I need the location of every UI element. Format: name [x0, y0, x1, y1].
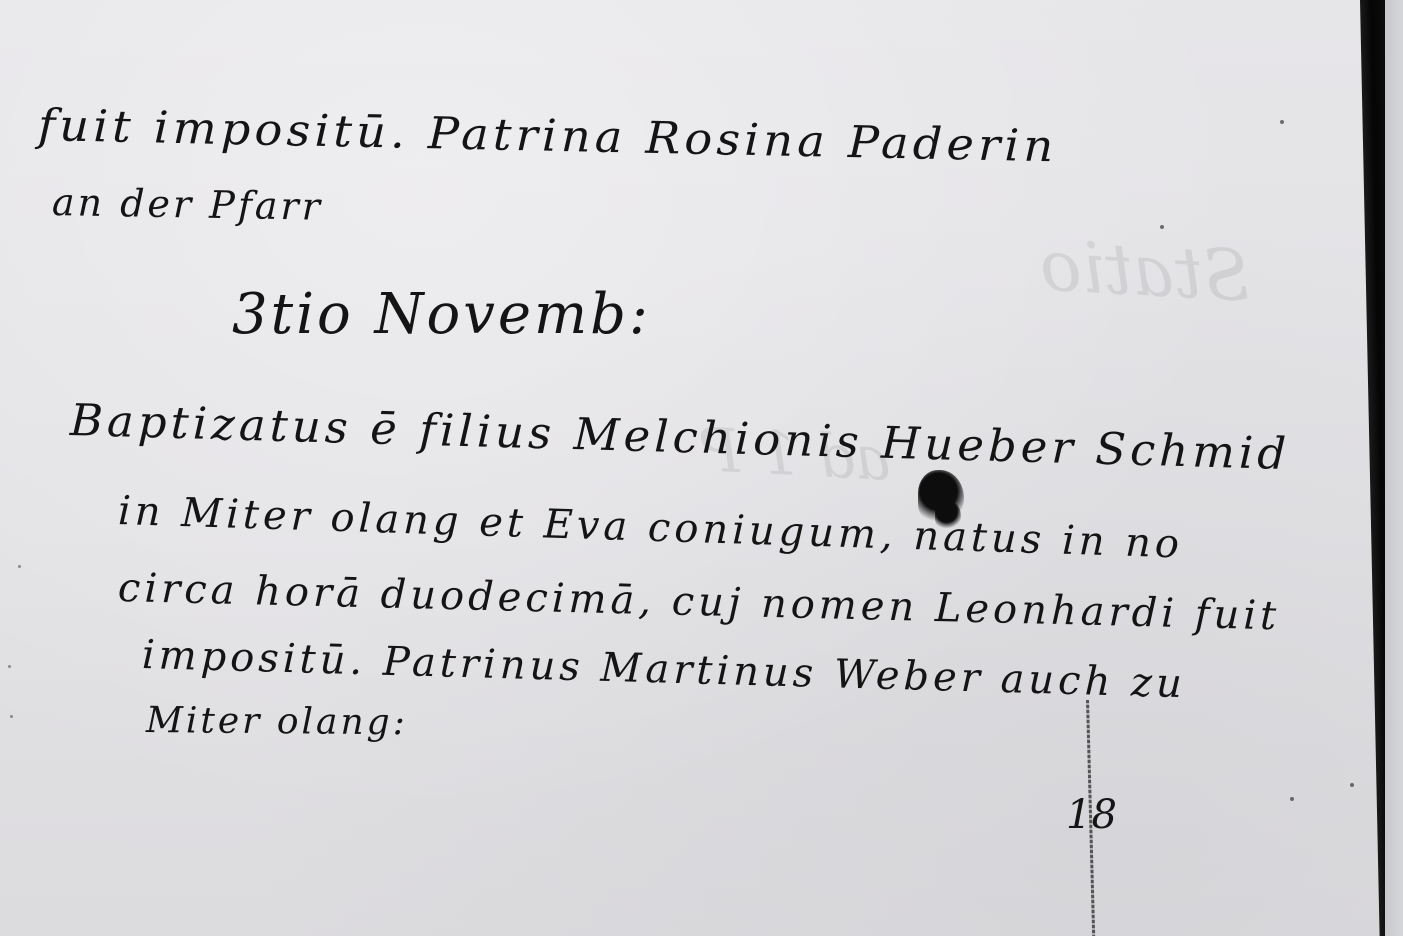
- dust-speck: [1290, 797, 1294, 801]
- handwritten-line-4: Baptizatus ē filius Melchionis Hueber Sc…: [69, 395, 1291, 480]
- entry-date-heading: 3tio Novemb:: [232, 282, 651, 347]
- handwritten-line-6: circa horā duodecimā, cuj nomen Leonhard…: [117, 565, 1280, 639]
- folio-number: 18: [1066, 792, 1117, 838]
- dust-speck: [1350, 783, 1354, 787]
- handwritten-line-8: Miter olang:: [146, 700, 408, 743]
- bleed-through-text: Statio: [1038, 225, 1252, 318]
- margin-mark: [8, 665, 11, 668]
- handwritten-line-5: in Miter olang et Eva coniugum, natus in…: [117, 488, 1183, 567]
- handwritten-line-1: fuit impositū. Patrina Rosina Paderin: [37, 100, 1057, 172]
- document-page: Statio ad 1 P fuit impositū. Patrina Ros…: [0, 0, 1403, 936]
- dust-speck: [1280, 120, 1284, 124]
- ink-blot: [935, 500, 961, 530]
- handwritten-line-2: an der Pfarr: [52, 180, 324, 229]
- margin-mark: [10, 715, 13, 718]
- page-outside-area: [1385, 0, 1403, 936]
- handwritten-line-7: impositū. Patrinus Martinus Weber auch z…: [141, 632, 1186, 707]
- margin-mark: [18, 565, 21, 568]
- dust-speck: [1160, 225, 1164, 229]
